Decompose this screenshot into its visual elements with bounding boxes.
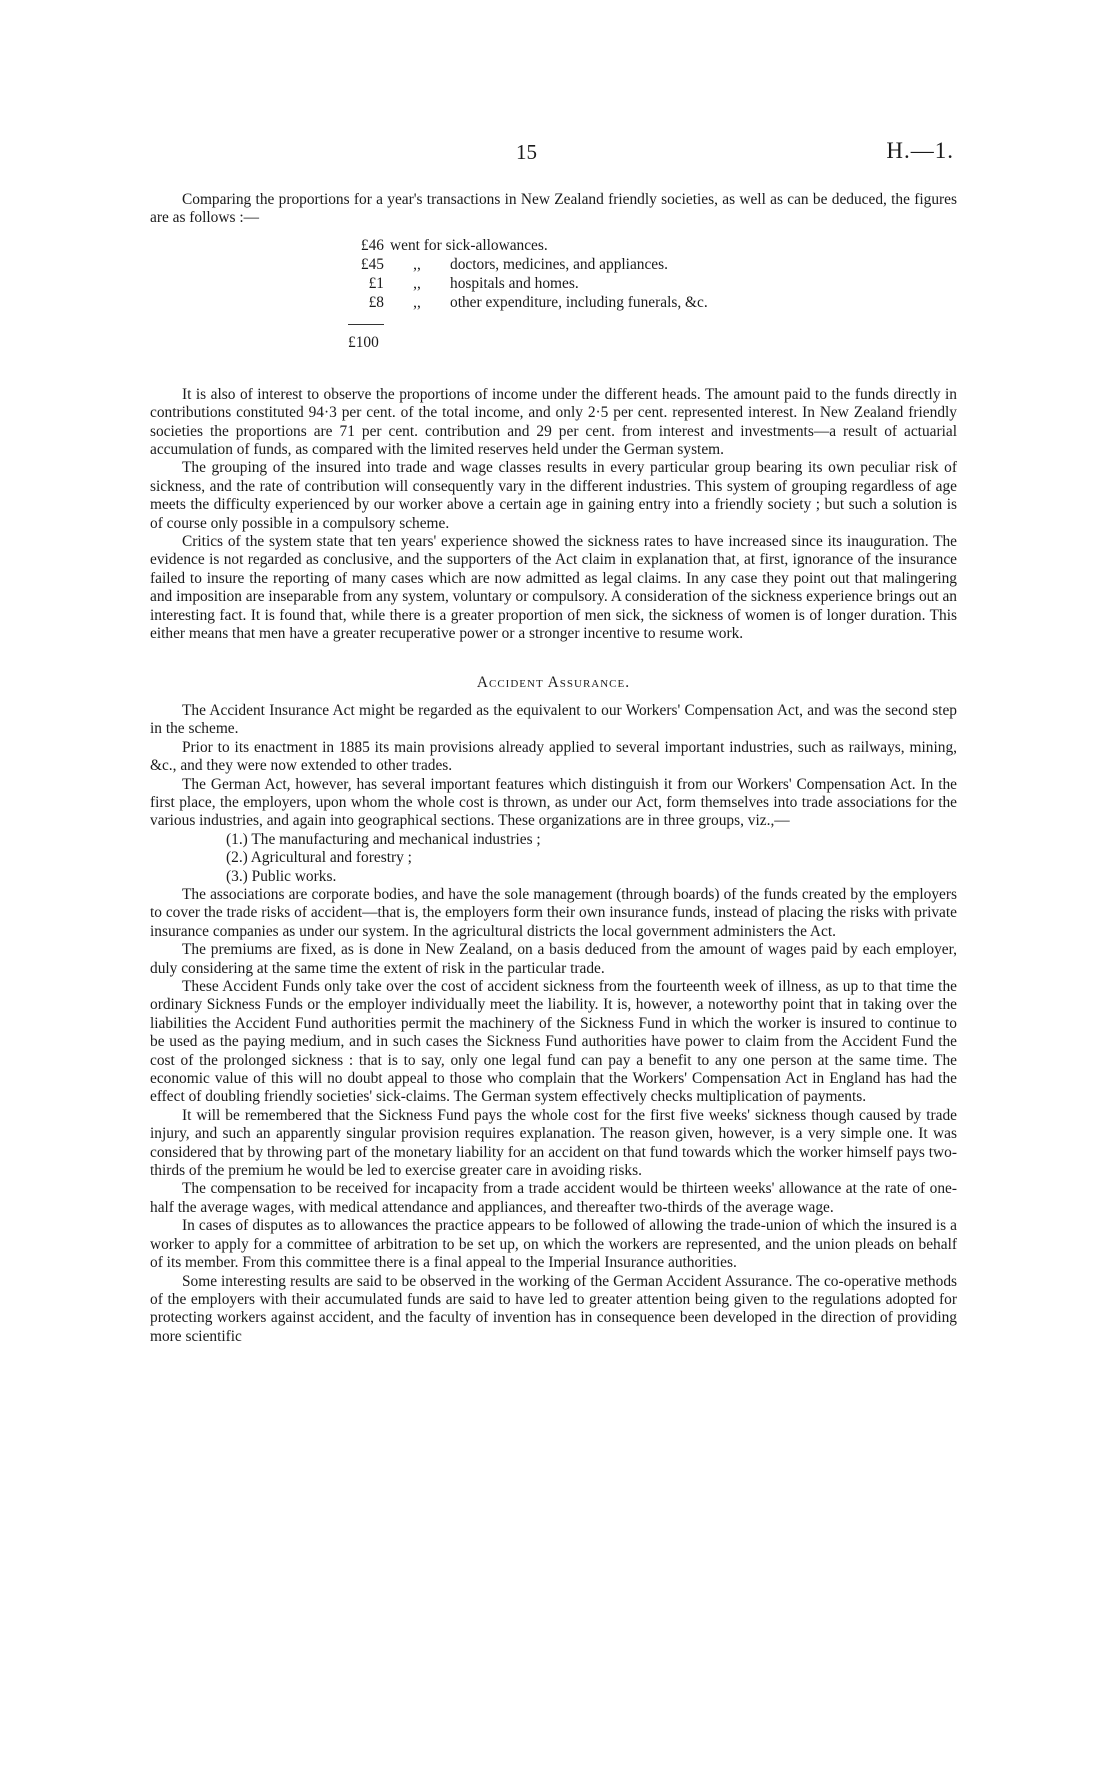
page-body: Comparing the proportions for a year's t… [150,191,957,1346]
figure-row: £46 went for sick-allowances. [348,236,957,255]
paragraph: The compensation to be received for inca… [150,1180,957,1217]
document-reference: H.—1. [886,138,954,164]
paragraph: The associations are corporate bodies, a… [150,886,957,941]
page-header: 15 H.—1. [0,140,1114,170]
figure-ditto: ,, [384,293,450,312]
list-item: (2.) Agricultural and forestry ; [226,849,957,867]
paragraph: In cases of disputes as to allowances th… [150,1217,957,1272]
paragraph: These Accident Funds only take over the … [150,978,957,1107]
figure-description: hospitals and homes. [450,274,579,293]
figure-description: sick-allowances. [446,236,548,255]
figure-ditto: went for [390,236,442,255]
intro-paragraph: Comparing the proportions for a year's t… [150,191,957,228]
section-heading: Accident Assurance. [150,674,957,692]
paragraph: It will be remembered that the Sickness … [150,1107,957,1181]
paragraph: The premiums are fixed, as is done in Ne… [150,941,957,978]
figure-amount: £45 [348,255,384,274]
paragraph: The Accident Insurance Act might be rega… [150,702,957,739]
figure-amount: £46 [348,236,384,255]
figure-amount: £8 [348,293,384,312]
groups-list: (1.) The manufacturing and mechanical in… [150,831,957,886]
paragraph: The grouping of the insured into trade a… [150,459,957,533]
figure-total: £100 [348,333,384,352]
paragraph: It is also of interest to observe the pr… [150,386,957,460]
list-item: (1.) The manufacturing and mechanical in… [226,831,957,849]
paragraph: Some interesting results are said to be … [150,1273,957,1347]
figure-ditto: ,, [384,274,450,293]
figure-amount: £1 [348,274,384,293]
page-number: 15 [516,140,537,165]
list-item: (3.) Public works. [226,868,957,886]
paragraph: Critics of the system state that ten yea… [150,533,957,643]
figure-description: other expenditure, including funerals, &… [450,293,708,312]
figure-row: £8 ,, other expenditure, including funer… [348,293,957,312]
paragraph: The German Act, however, has several imp… [150,776,957,831]
figure-ditto: ,, [384,255,450,274]
figure-row: £1 ,, hospitals and homes. [348,274,957,293]
paragraph: Prior to its enactment in 1885 its main … [150,739,957,776]
figure-row: £45 ,, doctors, medicines, and appliance… [348,255,957,274]
expenditure-figures: £46 went for sick-allowances. £45 ,, doc… [348,236,957,352]
total-rule [348,324,384,325]
figure-description: doctors, medicines, and appliances. [450,255,668,274]
